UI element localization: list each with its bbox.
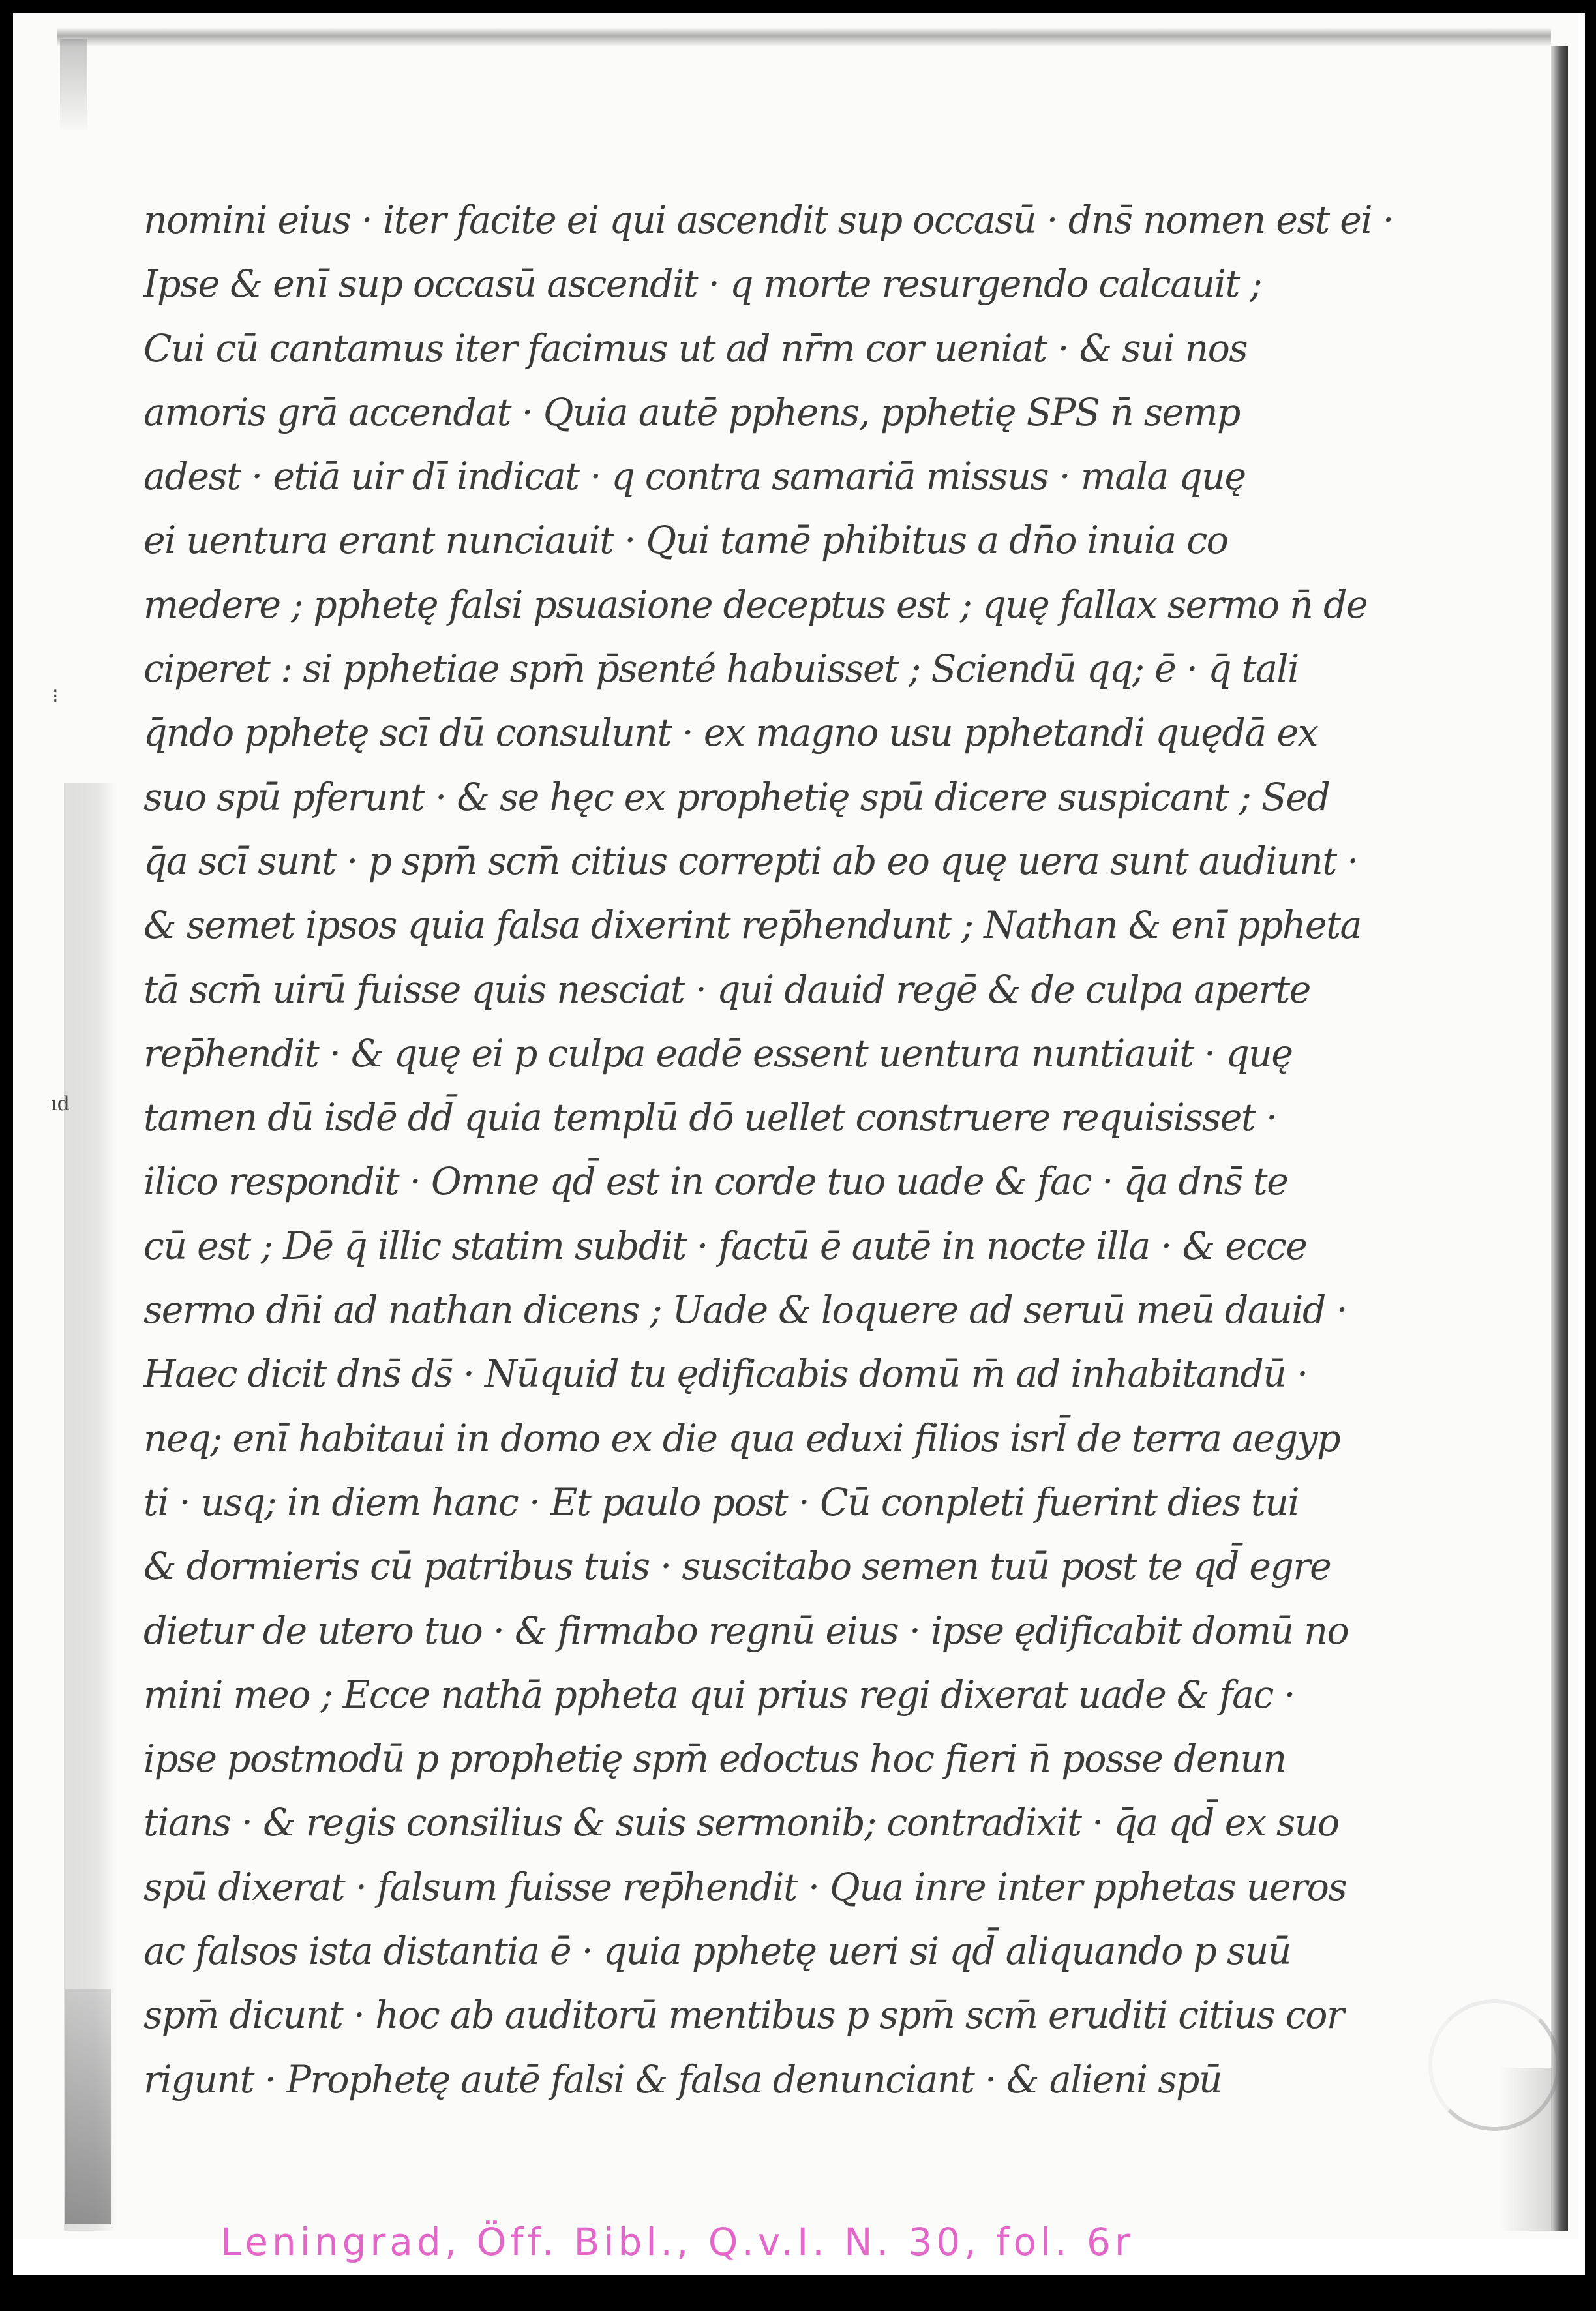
text-line: spm̄ dicunt · hoc ab auditorū mentibus p… — [143, 1983, 1294, 2047]
text-line: suo spū pferunt · & se hęc ex prophetię … — [143, 765, 1294, 829]
manuscript-page: ⁝ ıd nomini eius · iter facite ei qui as… — [13, 13, 1578, 2239]
text-line: ei uentura erant nunciauit · Qui tamē ph… — [143, 508, 1294, 572]
text-line: Cui cū cantamus iter facimus ut ad nr̄m … — [143, 316, 1294, 380]
text-line: q̄a scī sunt · p spm̄ scm̄ citius correp… — [143, 829, 1294, 893]
text-line: rep̄hendit · & quę ei p culpa eadē essen… — [143, 1021, 1294, 1085]
page-left-top-shadow — [60, 39, 87, 130]
text-line: sermo dn̄i ad nathan dicens ; Uade & loq… — [143, 1278, 1294, 1342]
margin-mark-dots: ⁝ — [52, 685, 59, 708]
text-line: adest · etiā uir dī indicat · q contra s… — [143, 444, 1294, 508]
text-line: dietur de utero tuo · & firmabo regnū ei… — [143, 1599, 1294, 1663]
photo-frame: ⁝ ıd nomini eius · iter facite ei qui as… — [13, 13, 1585, 2275]
text-line: ac falsos ista distantia ē · quia pphetę… — [143, 1919, 1294, 1983]
text-line: & dormieris cū patribus tuis · suscitabo… — [143, 1534, 1294, 1598]
text-line: Haec dicit dns̄ ds̄ · Nūquid tu ędificab… — [143, 1342, 1294, 1406]
page-right-edge — [1551, 46, 1568, 2231]
text-line: ipse postmodū p prophetię spm̄ edoctus h… — [143, 1727, 1294, 1790]
text-line: neq; enī habitaui in domo ex die qua edu… — [143, 1406, 1294, 1470]
text-line: ti · usq; in diem hanc · Et paulo post ·… — [143, 1470, 1294, 1534]
text-line: ilico respondit · Omne qd̄ est in corde … — [143, 1149, 1294, 1213]
text-line: Ipse & enī sup occasū ascendit · q morte… — [143, 252, 1294, 316]
text-line: medere ; pphetę falsi psuasione deceptus… — [143, 573, 1294, 637]
circular-stain — [1428, 1999, 1560, 2131]
text-line: q̄ndo pphetę scī dū consulunt · ex magno… — [143, 701, 1294, 764]
text-line: cū est ; Dē q̄ illic statim subdit · fac… — [143, 1214, 1294, 1278]
manuscript-text: nomini eius · iter facite ei qui ascendi… — [143, 188, 1317, 2111]
page-top-shadow — [57, 27, 1551, 46]
shelfmark-caption: Leningrad, Öff. Bibl., Q.v.I. N. 30, fol… — [220, 2220, 1134, 2264]
text-line: spū dixerat · falsum fuisse rep̄hendit ·… — [143, 1855, 1294, 1919]
text-line: tamen dū isdē dd̄ quia templū dō uellet … — [143, 1085, 1294, 1149]
page-left-bottom-shadow — [65, 1989, 111, 2224]
text-line: nomini eius · iter facite ei qui ascendi… — [143, 188, 1294, 252]
text-line: ciperet : si pphetiae spm̄ p̄senté habui… — [143, 637, 1294, 701]
text-line: & semet ipsos quia falsa dixerint rep̄he… — [143, 893, 1294, 957]
text-line: tians · & regis consilius & suis sermoni… — [143, 1790, 1294, 1854]
text-line: tā scm̄ uirū fuisse quis nesciat · qui d… — [143, 958, 1294, 1021]
text-line: rigunt · Prophetę autē falsi & falsa den… — [143, 2047, 1294, 2111]
margin-mark-id: ıd — [51, 1093, 70, 1115]
text-line: amoris grā accendat · Quia autē pphens, … — [143, 380, 1294, 444]
text-line: mini meo ; Ecce nathā ppheta qui prius r… — [143, 1663, 1294, 1727]
